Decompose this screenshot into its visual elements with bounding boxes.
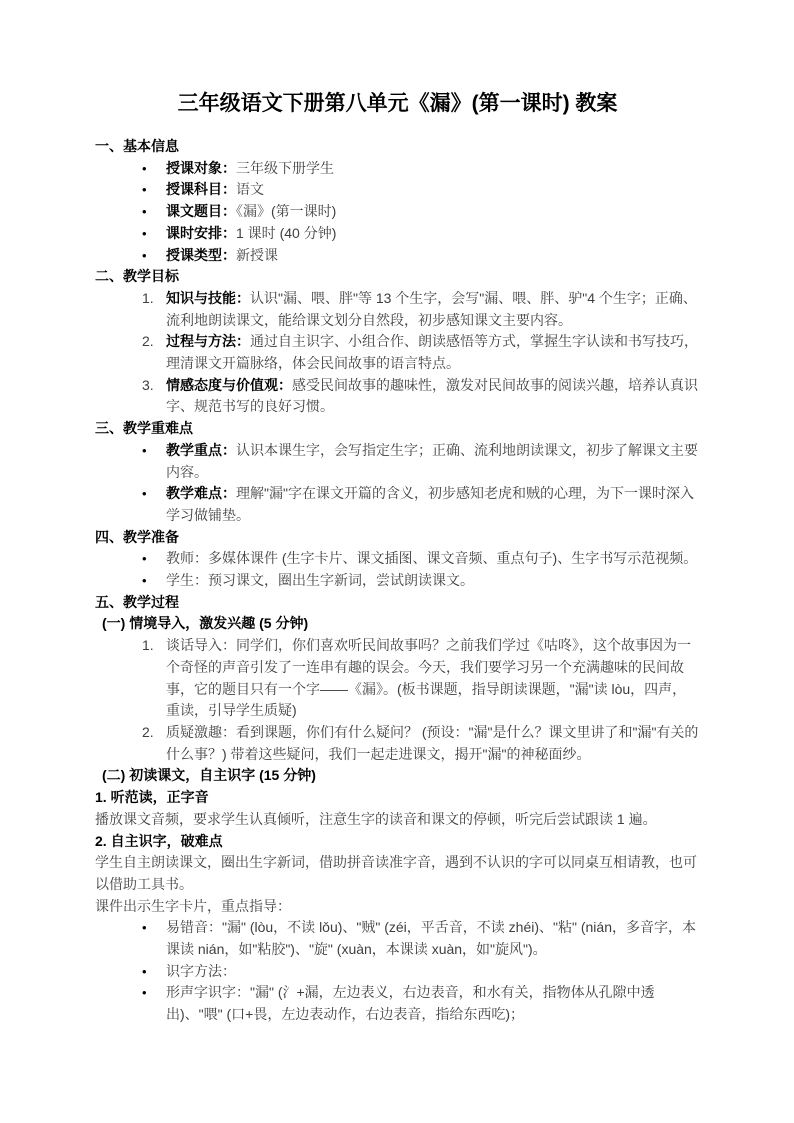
bullet-list-item: • 易错音："漏" (lòu，不读 lǒu)、"贼" (zéi，平舌音，不读 z… [95, 917, 700, 960]
bullet-icon: • [142, 158, 166, 180]
item-label: 课文题目： [166, 203, 236, 219]
bullet-list-item: • 授课对象：三年级下册学生 [95, 158, 700, 180]
item-value: 《漏》(第一课时) [236, 203, 336, 219]
item-label: 课时安排： [166, 225, 236, 241]
bullet-icon: • [142, 201, 166, 223]
item-text: 教学难点：理解"漏"字在课文开篇的含义，初步感知老虎和贼的心理，为下一课时深入学… [166, 483, 700, 526]
bullet-icon: • [142, 483, 166, 526]
item-value: 新授课 [236, 247, 278, 263]
item-label: 过程与方法： [166, 333, 250, 349]
item-text: 授课对象：三年级下册学生 [166, 158, 700, 180]
item-text: 课文题目：《漏》(第一课时) [166, 201, 700, 223]
item-label: 授课科目： [166, 181, 236, 197]
section-key-points: 三、教学重难点 • 教学重点：认识本课生字，会写指定生字；正确、流利地朗读课文，… [95, 418, 700, 527]
item-text: 授课类型：新授课 [166, 245, 700, 267]
item-value: 认识本课生字，会写指定生字；正确、流利地朗读课文，初步了解课文主要内容。 [166, 442, 698, 480]
item-value: 理解"漏"字在课文开篇的含义，初步感知老虎和贼的心理，为下一课时深入学习做铺垫。 [166, 485, 694, 523]
item-text: 课时安排：1 课时 (40 分钟) [166, 223, 700, 245]
item-text: 教学重点：认识本课生字，会写指定生字；正确、流利地朗读课文，初步了解课文主要内容… [166, 440, 700, 483]
paragraph-step1: 播放课文音频，要求学生认真倾听，注意生字的读音和课文的停顿，听完后尝试跟读 1 … [95, 809, 700, 831]
item-text: 学生：预习课文，圈出生字新词，尝试朗读课文。 [166, 570, 700, 592]
item-label: 知识与技能： [166, 290, 250, 306]
section-objectives: 二、教学目标 1. 知识与技能：认识"漏、喂、胖"等 13 个生字，会写"漏、喂… [95, 266, 700, 418]
bullet-icon: • [142, 223, 166, 245]
subsection-heading-part1: (一) 情境导入，激发兴趣 (5 分钟) [95, 613, 700, 635]
step-heading-1: 1. 听范读，正字音 [95, 787, 700, 809]
numbered-list-item: 1. 谈话导入：同学们，你们喜欢听民间故事吗？之前我们学过《咕咚》，这个故事因为… [95, 635, 700, 722]
paragraph-step2a: 学生自主朗读课文，圈出生字新词，借助拼音读准字音，遇到不认识的字可以同桌互相请教… [95, 852, 700, 895]
item-text: 易错音："漏" (lòu，不读 lǒu)、"贼" (zéi，平舌音，不读 zhé… [166, 917, 700, 960]
item-label: 授课类型： [166, 247, 236, 263]
item-label: 授课对象： [166, 160, 236, 176]
bullet-list-item: • 课文题目：《漏》(第一课时) [95, 201, 700, 223]
document-page: 三年级语文下册第八单元《漏》(第一课时) 教案 一、基本信息 • 授课对象：三年… [0, 0, 794, 1123]
numbered-list-item: 2. 质疑激趣：看到课题，你们有什么疑问？ (预设："漏"是什么？课文里讲了和"… [95, 722, 700, 765]
item-number: 1. [142, 635, 166, 722]
bullet-list-item: • 学生：预习课文，圈出生字新词，尝试朗读课文。 [95, 570, 700, 592]
item-number: 2. [142, 722, 166, 765]
numbered-list-item: 1. 知识与技能：认识"漏、喂、胖"等 13 个生字，会写"漏、喂、胖、驴"4 … [95, 288, 700, 331]
step-heading-2: 2. 自主识字，破难点 [95, 831, 700, 853]
bullet-icon: • [142, 548, 166, 570]
item-text: 过程与方法：通过自主识字、小组合作、朗读感悟等方式，掌握生字认读和书写技巧，理清… [166, 331, 700, 374]
bullet-icon: • [142, 961, 166, 983]
bullet-list-item: • 授课科目：语文 [95, 179, 700, 201]
bullet-icon: • [142, 179, 166, 201]
numbered-list-item: 3. 情感态度与价值观：感受民间故事的趣味性，激发对民间故事的阅读兴趣，培养认真… [95, 375, 700, 418]
subsection-heading-part2: (二) 初读课文，自主识字 (15 分钟) [95, 765, 700, 787]
section-heading-process: 五、教学过程 [95, 592, 700, 614]
paragraph-step2b: 课件出示生字卡片，重点指导： [95, 896, 700, 918]
bullet-list-item: • 教师：多媒体课件 (生字卡片、课文插图、课文音频、重点句子)、生字书写示范视… [95, 548, 700, 570]
bullet-icon: • [142, 570, 166, 592]
item-label: 教学重点： [166, 442, 236, 458]
section-process: 五、教学过程 (一) 情境导入，激发兴趣 (5 分钟) 1. 谈话导入：同学们，… [95, 592, 700, 1026]
item-number: 1. [142, 288, 166, 331]
bullet-list-item: • 授课类型：新授课 [95, 245, 700, 267]
bullet-list-item: • 教学重点：认识本课生字，会写指定生字；正确、流利地朗读课文，初步了解课文主要… [95, 440, 700, 483]
item-text: 谈话导入：同学们，你们喜欢听民间故事吗？之前我们学过《咕咚》，这个故事因为一个奇… [166, 635, 700, 722]
section-heading-basic-info: 一、基本信息 [95, 136, 700, 158]
bullet-list-item: • 教学难点：理解"漏"字在课文开篇的含义，初步感知老虎和贼的心理，为下一课时深… [95, 483, 700, 526]
bullet-icon: • [142, 440, 166, 483]
item-number: 2. [142, 331, 166, 374]
bullet-list-item: • 形声字识字："漏" (氵+漏，左边表义，右边表音，和水有关，指物体从孔隙中透… [95, 982, 700, 1025]
page-title: 三年级语文下册第八单元《漏》(第一课时) 教案 [95, 88, 700, 119]
item-label: 教学难点： [166, 485, 236, 501]
item-value: 语文 [236, 181, 264, 197]
section-preparation: 四、教学准备 • 教师：多媒体课件 (生字卡片、课文插图、课文音频、重点句子)、… [95, 527, 700, 592]
section-basic-info: 一、基本信息 • 授课对象：三年级下册学生 • 授课科目：语文 • 课文题目：《… [95, 136, 700, 266]
section-heading-preparation: 四、教学准备 [95, 527, 700, 549]
item-value: 三年级下册学生 [236, 160, 334, 176]
section-heading-objectives: 二、教学目标 [95, 266, 700, 288]
item-text: 教师：多媒体课件 (生字卡片、课文插图、课文音频、重点句子)、生字书写示范视频。 [166, 548, 700, 570]
item-text: 知识与技能：认识"漏、喂、胖"等 13 个生字，会写"漏、喂、胖、驴"4 个生字… [166, 288, 700, 331]
bullet-icon: • [142, 982, 166, 1025]
item-label: 情感态度与价值观： [166, 377, 292, 393]
numbered-list-item: 2. 过程与方法：通过自主识字、小组合作、朗读感悟等方式，掌握生字认读和书写技巧… [95, 331, 700, 374]
bullet-icon: • [142, 245, 166, 267]
item-text: 质疑激趣：看到课题，你们有什么疑问？ (预设："漏"是什么？课文里讲了和"漏"有… [166, 722, 700, 765]
item-text: 形声字识字："漏" (氵+漏，左边表义，右边表音，和水有关，指物体从孔隙中透出)… [166, 982, 700, 1025]
bullet-list-item: • 识字方法： [95, 961, 700, 983]
item-text: 授课科目：语文 [166, 179, 700, 201]
item-text: 识字方法： [166, 961, 700, 983]
bullet-icon: • [142, 917, 166, 960]
item-value: 1 课时 (40 分钟) [236, 225, 336, 241]
item-number: 3. [142, 375, 166, 418]
item-text: 情感态度与价值观：感受民间故事的趣味性，激发对民间故事的阅读兴趣，培养认真识字、… [166, 375, 700, 418]
section-heading-key-points: 三、教学重难点 [95, 418, 700, 440]
bullet-list-item: • 课时安排：1 课时 (40 分钟) [95, 223, 700, 245]
